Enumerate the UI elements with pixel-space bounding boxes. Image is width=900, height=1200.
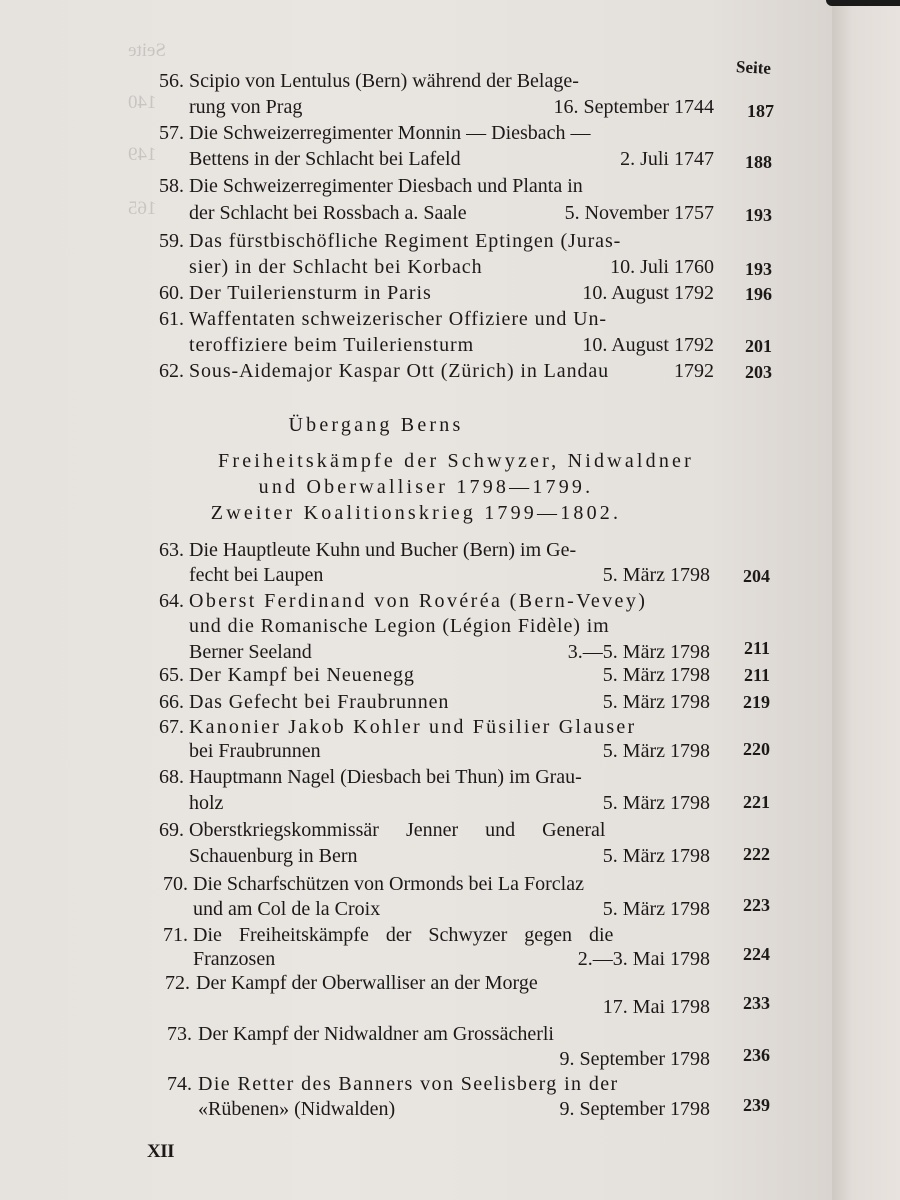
toc-entry-73-cont: 9. September 1798 236 — [0, 1046, 832, 1072]
toc-entry-58-cont: der Schlacht bei Rossbach a. Saale 5. No… — [0, 200, 832, 226]
entry-title: Die Freiheitskämpfe der Schwyzer gegen d… — [193, 922, 613, 948]
entry-page: 219 — [720, 689, 770, 715]
entry-page: 193 — [722, 256, 772, 282]
toc-entry-68-cont: holz 5. März 1798 221 — [0, 790, 832, 816]
toc-entry-61-cont: teroffiziere beim Tuileriensturm 10. Aug… — [0, 332, 832, 358]
entry-date: 10. August 1792 — [582, 332, 714, 358]
entry-date: 5. März 1798 — [603, 562, 710, 588]
book-cover-corner — [826, 0, 900, 6]
toc-entry-70: 70. Die Scharfschützen von Ormonds bei L… — [0, 871, 832, 897]
entry-page: 233 — [720, 990, 770, 1016]
entry-number: 68. — [132, 764, 184, 790]
facing-page-edge — [832, 0, 900, 1200]
entry-number: 65. — [132, 662, 184, 688]
entry-page: 239 — [720, 1092, 770, 1118]
entry-page: 188 — [722, 149, 772, 175]
entry-page: 222 — [720, 841, 770, 867]
entry-number: 74. — [140, 1071, 192, 1097]
toc-entry-64: 64. Oberst Ferdinand von Rovéréa (Bern-V… — [0, 588, 832, 614]
toc-entry-63: 63. Die Hauptleute Kuhn und Bucher (Bern… — [0, 537, 832, 563]
toc-entry-72-cont: 17. Mai 1798 233 — [0, 994, 832, 1020]
show-through-text: Seite — [128, 40, 166, 62]
entry-title: Bettens in der Schlacht bei Lafeld — [189, 146, 461, 172]
entry-title: Der Kampf bei Neuenegg — [189, 662, 415, 688]
toc-entry-69-cont: Schauenburg in Bern 5. März 1798 222 — [0, 843, 832, 869]
entry-title: sier) in der Schlacht bei Korbach — [189, 254, 483, 280]
toc-entry-70-cont: und am Col de la Croix 5. März 1798 223 — [0, 896, 832, 922]
entry-title: Das fürstbischöfliche Regiment Eptingen … — [189, 228, 621, 254]
entry-title: und am Col de la Croix — [193, 896, 380, 922]
toc-entry-62: 62. Sous-Aidemajor Kaspar Ott (Zürich) i… — [0, 358, 832, 384]
entry-number: 63. — [132, 537, 184, 563]
entry-number: 73. — [140, 1021, 192, 1047]
toc-entry-69: 69. Oberstkriegskommissär Jenner und Gen… — [0, 817, 832, 843]
entry-title: teroffiziere beim Tuileriensturm — [189, 332, 474, 358]
toc-entry-67: 67. Kanonier Jakob Kohler und Füsilier G… — [0, 714, 832, 740]
entry-page: 223 — [720, 892, 770, 918]
entry-title: «Rübenen» (Nidwalden) — [198, 1096, 395, 1122]
entry-number: 57. — [132, 120, 184, 146]
entry-title: Kanonier Jakob Kohler und Füsilier Glaus… — [189, 714, 636, 740]
entry-number: 66. — [132, 689, 184, 715]
entry-title: fecht bei Laupen — [189, 562, 323, 588]
toc-entry-73: 73. Der Kampf der Nidwaldner am Grossäch… — [0, 1021, 832, 1047]
entry-title: Die Schweizerregimenter Monnin — Diesbac… — [189, 120, 591, 146]
toc-entry-63-cont: fecht bei Laupen 5. März 1798 204 — [0, 562, 832, 588]
toc-entry-74: 74. Die Retter des Banners von Seelisber… — [0, 1071, 832, 1097]
entry-page: 220 — [720, 736, 770, 762]
page-number: XII — [147, 1141, 174, 1163]
entry-title: rung von Prag — [189, 94, 302, 120]
entry-title: Hauptmann Nagel (Diesbach bei Thun) im G… — [189, 764, 582, 790]
toc-entry-57-cont: Bettens in der Schlacht bei Lafeld 2. Ju… — [0, 146, 832, 172]
entry-page: 221 — [720, 789, 770, 815]
toc-entry-60: 60. Der Tuileriensturm in Paris 10. Augu… — [0, 280, 832, 306]
toc-entry-65: 65. Der Kampf bei Neuenegg 5. März 1798 … — [0, 662, 832, 688]
entry-page: 211 — [720, 662, 770, 688]
entry-page: 196 — [722, 281, 772, 307]
entry-title: der Schlacht bei Rossbach a. Saale — [189, 200, 467, 226]
entry-number: 67. — [132, 714, 184, 740]
section-subtitle-line2: und Oberwalliser 1798—1799. — [10, 474, 842, 500]
entry-date: 1792 — [674, 358, 714, 384]
entry-date: 2. Juli 1747 — [620, 146, 714, 172]
entry-title: Die Schweizerregimenter Diesbach und Pla… — [189, 173, 583, 199]
toc-entry-64-cont: und die Romanische Legion (Légion Fidèle… — [0, 613, 832, 639]
entry-title: und die Romanische Legion (Légion Fidèle… — [189, 613, 610, 639]
toc-entry-71: 71. Die Freiheitskämpfe der Schwyzer geg… — [0, 922, 832, 948]
entry-title: Scipio von Lentulus (Bern) während der B… — [189, 68, 579, 94]
entry-number: 71. — [136, 922, 188, 948]
toc-entry-71-cont: Franzosen 2.—3. Mai 1798 224 — [0, 946, 832, 972]
toc-entry-57: 57. Die Schweizerregimenter Monnin — Die… — [0, 120, 832, 146]
toc-entry-67-cont: bei Fraubrunnen 5. März 1798 220 — [0, 738, 832, 764]
section-title: Übergang Berns — [0, 412, 792, 438]
entry-page: 201 — [722, 333, 772, 359]
toc-entry-59: 59. Das fürstbischöfliche Regiment Eptin… — [0, 228, 832, 254]
toc-entry-72: 72. Der Kampf der Oberwalliser an der Mo… — [0, 970, 832, 996]
entry-title: Der Kampf der Oberwalliser an der Morge — [196, 970, 538, 996]
entry-date: 5. März 1798 — [603, 843, 710, 869]
entry-title: bei Fraubrunnen — [189, 738, 321, 764]
entry-title: Oberstkriegskommissär Jenner und General — [189, 817, 605, 843]
entry-date: 16. September 1744 — [553, 94, 714, 120]
entry-number: 69. — [132, 817, 184, 843]
entry-title: Franzosen — [193, 946, 275, 972]
entry-date: 5. März 1798 — [603, 662, 710, 688]
entry-title: Die Hauptleute Kuhn und Bucher (Bern) im… — [189, 537, 576, 563]
section-subtitle-line1: Freiheitskämpfe der Schwyzer, Nidwaldner — [40, 448, 872, 474]
entry-date: 5. November 1757 — [565, 200, 714, 226]
entry-date: 17. Mai 1798 — [603, 994, 710, 1020]
entry-number: 58. — [132, 173, 184, 199]
entry-date: 10. August 1792 — [582, 280, 714, 306]
toc-entry-66: 66. Das Gefecht bei Fraubrunnen 5. März … — [0, 689, 832, 715]
toc-entry-56-cont: rung von Prag 16. September 1744 187 — [0, 94, 832, 120]
entry-title: Oberst Ferdinand von Rovéréa (Bern-Vevey… — [189, 588, 647, 614]
entry-page: 211 — [720, 635, 770, 661]
entry-number: 62. — [132, 358, 184, 384]
toc-entry-58: 58. Die Schweizerregimenter Diesbach und… — [0, 173, 832, 199]
entry-number: 59. — [132, 228, 184, 254]
entry-number: 61. — [132, 306, 184, 332]
toc-entry-74-cont: «Rübenen» (Nidwalden) 9. September 1798 … — [0, 1096, 832, 1122]
entry-number: 60. — [132, 280, 184, 306]
entry-page: 193 — [722, 202, 772, 228]
section-subtitle-line3: Zweiter Koalitionskrieg 1799—1802. — [0, 500, 832, 526]
entry-date: 5. März 1798 — [603, 738, 710, 764]
toc-entry-68: 68. Hauptmann Nagel (Diesbach bei Thun) … — [0, 764, 832, 790]
entry-title: holz — [189, 790, 223, 816]
entry-date: 9. September 1798 — [559, 1096, 710, 1122]
entry-date: 5. März 1798 — [603, 896, 710, 922]
entry-number: 64. — [132, 588, 184, 614]
entry-title: Der Kampf der Nidwaldner am Grossächerli — [198, 1021, 554, 1047]
entry-number: 56. — [132, 68, 184, 94]
entry-title: Die Retter des Banners von Seelisberg in… — [198, 1071, 619, 1097]
entry-date: 10. Juli 1760 — [610, 254, 714, 280]
entry-date: 9. September 1798 — [559, 1046, 710, 1072]
toc-entry-59-cont: sier) in der Schlacht bei Korbach 10. Ju… — [0, 254, 832, 280]
entry-title: Schauenburg in Bern — [189, 843, 358, 869]
entry-title: Die Scharfschützen von Ormonds bei La Fo… — [193, 871, 584, 897]
entry-title: Das Gefecht bei Fraubrunnen — [189, 689, 449, 715]
entry-page: 224 — [720, 941, 770, 967]
entry-date: 5. März 1798 — [603, 790, 710, 816]
entry-date: 2.—3. Mai 1798 — [578, 946, 710, 972]
entry-page: 236 — [720, 1042, 770, 1068]
entry-page: 204 — [720, 563, 770, 589]
entry-number: 70. — [136, 871, 188, 897]
entry-number: 72. — [138, 970, 190, 996]
entry-page: 203 — [722, 359, 772, 385]
entry-title: Der Tuileriensturm in Paris — [189, 280, 432, 306]
entry-title: Waffentaten schweizerischer Offiziere un… — [189, 306, 607, 332]
toc-entry-56: 56. Scipio von Lentulus (Bern) während d… — [0, 68, 832, 94]
entry-date: 5. März 1798 — [603, 689, 710, 715]
entry-title: Sous-Aidemajor Kaspar Ott (Zürich) in La… — [189, 358, 609, 384]
toc-entry-61: 61. Waffentaten schweizerischer Offizier… — [0, 306, 832, 332]
